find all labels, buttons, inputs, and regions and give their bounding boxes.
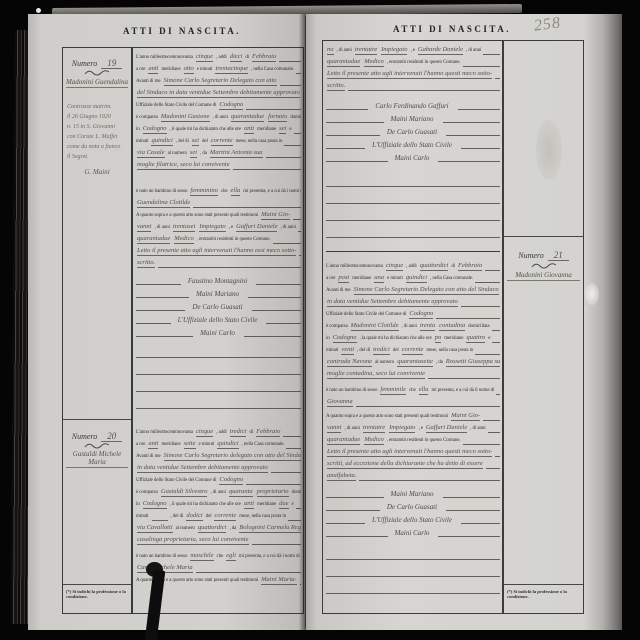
entry-19-name: Madonini Guendalina [66,78,129,88]
ruled-fill-line [443,489,501,498]
ruled-fill-line [326,114,384,123]
ruled-fill-line [246,101,301,110]
ruled-fill-line [461,140,500,149]
printed-text: a ore [136,66,145,73]
printed-text: in [326,335,330,342]
handwritten-text: fornaio [268,113,287,122]
printed-text: meridiane [161,441,180,448]
annotation-line: il Segret. [67,152,129,162]
ruled-fill-line [463,58,500,67]
ruled-fill-line [326,602,500,610]
ruled-fill-line [136,328,193,337]
right-act-body: no, di annitrentatreImpiegato, eGabarde … [323,41,502,610]
handwritten-text: anti [244,125,254,134]
handwritten-text: Codogno [143,500,167,509]
handwritten-text: quaranta [229,488,253,497]
ruled-fill-line [279,53,301,62]
ruled-fill-line [246,476,301,485]
form-line [136,375,301,392]
form-line: a orepostmeridianeunae minutiquindici, n… [326,271,500,283]
printed-text: e minuti [387,275,403,282]
handwritten-text: Guendalina Clotilde [137,199,190,208]
form-line: contrada Navoneal numeroquarantasette, d… [326,355,500,367]
printed-text: , e [229,224,233,231]
spacer [326,162,500,170]
right-footnote: (*) Si indichi la professione o la condi… [507,589,581,599]
ruled-fill-line [495,70,500,79]
handwritten-text: L'Uffiziale dello Stato Civile [366,516,458,524]
handwritten-text: in data ventidue Settembre debitamente a… [137,464,268,473]
printed-text: del [393,347,399,354]
signature-line: L'Uffiziale dello Stato Civile [326,511,500,524]
form-line: è nato un bambino di sessofemmininocheel… [136,184,301,196]
ruled-fill-line [136,302,185,311]
form-line [326,170,500,187]
printed-text: è nato un bambino di sesso [136,188,187,195]
ruled-fill-line [461,298,500,307]
form-line: scritto. [326,79,500,91]
signature-line: L'Uffiziale dello Stato Civile [136,311,301,324]
form-line: in data ventidue Settembre debitamente a… [136,461,301,473]
printed-text: L'anno milleottocentonovanta [326,263,383,270]
printed-text: di [245,54,249,61]
printed-text: , addì [216,429,227,436]
handwritten-text: quarantasette [397,358,433,367]
printed-text: meridiane [257,501,276,508]
handwritten-text: moglie filatrice, seco lui convivente [137,161,230,170]
handwritten-text: Letto il presente atto agli intervenuti … [327,70,492,79]
printed-text: , addì [406,263,417,270]
handwritten-text: quattordici [420,262,449,271]
left-page-title: ATTI DI NASCITA. [62,26,302,36]
handwritten-text: dodici [186,512,202,521]
handwritten-text: ella [231,187,241,196]
ruled-fill-line [326,528,388,537]
printed-text: mese, nella casa posta in [236,138,283,145]
ruled-fill-line [443,114,501,123]
handwritten-text: Codogno [409,310,433,319]
handwritten-text: Medico [174,235,194,244]
form-line [326,543,500,560]
printed-text: domiciliata [468,323,489,330]
handwritten-text: Medico [364,58,384,67]
ruled-fill-line [436,310,500,319]
form-line: in data ventidue Settembre debitamente a… [326,295,500,307]
printed-text: Uffiziale dello Stato Civile del Comune … [136,477,216,484]
handwritten-text: femminile [380,386,406,395]
printed-text: , il quale mi ha dichiarato che alle ore [170,126,241,133]
handwritten-text: contadina [439,322,465,331]
printed-text: e minuti [199,441,215,448]
handwritten-text: Bolognini Carmela Regina [239,524,301,533]
handwritten-text: casalinga proprietaria, seco lui convive… [137,536,249,545]
ruled-fill-line [446,127,500,136]
handwritten-text: scritti, ad eccezione della dichiarante … [327,460,483,469]
annotation-line: come da nota a fianco [67,142,129,152]
handwritten-text: Gastaldi Silvestro [161,488,208,497]
printed-text: mi presenta, e a cui dà i nomi di [243,188,301,195]
handwritten-text: Maini Maria- [261,576,297,585]
left-page: ATTI DI NASCITA. Numero 19 Madonini Guen… [28,14,306,630]
handwritten-text: quattro [466,334,485,343]
handwritten-text: scritto. [137,259,155,268]
handwritten-text: Maini Carlo [194,329,241,337]
printed-text: minuti [136,138,148,145]
handwritten-text: Maini Mariano [385,115,440,123]
handwritten-text: quindici [217,440,238,449]
handwritten-text: sette [184,440,196,449]
handwritten-text: contrada Navone [327,358,372,367]
printed-text: A quanto sopra e a questo atto sono stat… [326,413,448,420]
handwritten-text: anti [148,440,158,449]
handwritten-text: Letto il presente atto agli intervenuti … [327,448,492,457]
handwritten-text: post [338,274,349,283]
printed-text: meridiane [444,335,463,342]
signature-line: L'Uffiziale dello Stato Civile [326,136,500,149]
form-line: Letto il presente atto agli intervenuti … [326,445,500,457]
printed-text: a ore [326,275,335,282]
signature-line: Maini Mariano [326,485,500,498]
handwritten-text: tredici [373,346,390,355]
paper-speck [36,8,41,13]
ruled-fill-line [233,161,301,170]
printed-text: , di anni [344,425,359,432]
printed-text: in [136,501,140,508]
handwritten-text: Impiegato [381,46,407,55]
ruled-fill-line [136,349,301,358]
printed-text: , di anni [154,224,169,231]
ruled-fill-line [488,424,500,433]
handwritten-text: Simone Carlo Segretario Delegato con att… [354,286,499,295]
handwritten-text: femminino [190,187,217,196]
printed-text: e minuti [197,66,213,73]
form-line [326,560,500,577]
handwritten-text: corrente [214,512,236,521]
printed-text: che [409,387,416,394]
ruled-fill-line [136,366,301,375]
printed-text: , del dì [176,138,189,145]
handwritten-text: cinque [386,262,403,271]
ruled-fill-line [496,386,500,395]
handwritten-text: anti [148,65,158,74]
spacer [326,238,500,248]
entry-19-annotation-signature: G. Maini [63,168,131,176]
handwritten-text: una [374,274,384,283]
printed-text: meridiane [161,66,180,73]
signature-line: Maini Carlo [136,324,301,337]
printed-text: , e [410,47,414,54]
handwritten-text: De Carlo Guasati [186,303,248,311]
handwritten-text: trenta [420,322,435,331]
ruled-fill-line [136,383,301,392]
form-line: del Sindaco in data ventidue Settembre d… [136,86,301,98]
printed-text: minuti [136,513,148,520]
printed-text: Avanti di me [326,287,351,294]
printed-text: , di anni [213,114,228,121]
ruled-fill-line [266,149,301,158]
margin-rule [63,584,131,585]
form-line: Uffiziale dello Stato Civile del Comune … [326,307,500,319]
form-line [326,204,500,221]
form-line: A quanto sopra e a questo atto sono stat… [136,208,301,220]
form-line [326,594,500,610]
printed-text: , entrambi residenti in questo Comune. [387,59,461,66]
ruled-fill-line [256,276,301,285]
printed-text: di [451,263,455,270]
handwritten-text: scritto. [327,82,345,91]
form-line: quarantadueMedico, entrambi residenti in… [326,55,500,67]
margin-rule [504,584,583,585]
signature-line: De Carlo Guasati [326,498,500,511]
handwritten-text: Codogno [143,125,167,134]
handwritten-text: in data ventidue Settembre debitamente a… [327,298,458,307]
ruled-fill-line [356,398,500,407]
form-line: Letto il presente atto agli intervenuti … [136,244,301,256]
form-line: è comparsoGastaldi Silvestro, di anniqua… [136,485,301,497]
signature-line: Maini Mariano [326,110,500,123]
ruled-fill-line [486,460,500,469]
form-line: Avanti di meSimone Carlo Segretario Dele… [326,283,500,295]
printed-text: meridiane [257,126,276,133]
left-act-box: Numero 19 Madonini Guendalina Contrasse … [62,47,304,614]
printed-text: L'anno milleottocentonovanta [136,54,193,61]
handwritten-text: corrente [402,346,424,355]
handwritten-text: cinque [196,428,213,437]
left-margin-column: Numero 19 Madonini Guendalina Contrasse … [63,48,131,613]
printed-text: Avanti di me [136,453,161,460]
ruled-fill-line [438,528,500,537]
form-line: inCodogno, il quale mi ha dichiarato che… [136,122,301,134]
printed-text: meridiane [352,275,371,282]
handwritten-text: De Carlo Guasati [381,128,443,136]
form-line: via Cavallottial numeroquattordici, daBo… [136,521,301,533]
handwritten-text: via Cavallotti [137,524,173,533]
signature-line: Maini Mariano [136,285,301,298]
handwritten-text: cinque [196,53,213,62]
printed-text: al numero [176,525,195,532]
handwritten-text: L'Uffiziale dello Stato Civile [366,141,458,149]
ruled-fill-line [326,585,500,594]
printed-text: che [217,553,224,560]
ruled-fill-line [196,564,301,573]
form-line: è nato un bambino di sessofemminilecheel… [326,383,500,395]
printed-text: al numero [168,150,187,157]
printed-text: a ore [136,441,145,448]
printed-text: è nato un bambino di sesso [136,553,187,560]
handwritten-text: maschile [190,552,213,561]
handwritten-text: Febbraio [252,53,276,62]
ruled-fill-line [326,489,384,498]
ruled-fill-line [326,229,500,238]
spacer [136,409,301,425]
form-line [136,358,301,375]
handwritten-text: due [279,500,288,509]
signature-line: De Carlo Guasati [136,298,301,311]
form-line: minuti, del dìdodicidelcorrentemese, nel… [136,509,301,521]
printed-text: del [202,138,208,145]
ruled-fill-line [359,472,500,481]
ruled-fill-line [348,82,500,91]
handwritten-text: anti [244,500,254,509]
annotation-line: il 26 Giugno 1920 [67,112,129,122]
handwritten-text: Maini Mariano [385,490,440,498]
handwritten-text: Medico [364,436,384,445]
handwritten-text: corrente [211,137,233,146]
signature-line: Faustino Montagnini [136,272,301,285]
ruled-fill-line [483,412,500,421]
ruled-fill-line [280,77,301,86]
form-line: a oreantimeridianeottoe minutitrentacinq… [136,62,301,74]
ruled-fill-line [446,502,500,511]
form-line: minutiquindici, del dìseidelcorrentemese… [136,134,301,146]
handwritten-text: vanni [327,424,341,433]
left-act-body: L'anno milleottocentonovantacinque, addì… [133,48,303,610]
handwritten-text: Gabarde Daniele [418,46,463,55]
handwritten-text: no [327,46,334,55]
printed-text: , il quale mi ha dichiarato che alle ore [170,501,241,508]
ruled-fill-line [326,212,500,221]
annotation-line: Contrasse matrim. [67,102,129,112]
form-line: scritti, ad eccezione della dichiarante … [326,457,500,469]
form-line: L'anno milleottocentonovantacinque, addì… [326,259,500,271]
printed-text: Uffiziale dello Stato Civile del Comune … [326,311,406,318]
form-line: L'anno milleottocentonovantacinque, addì… [136,425,301,437]
form-line [326,187,500,204]
handwritten-text: moglie contadina, seco lui convivente [327,370,425,379]
form-line: Uffiziale dello Stato Civile del Comune … [136,98,301,110]
printed-text: è nato un bambino di sesso [326,387,377,394]
form-line [326,577,500,594]
printed-text: Uffiziale dello Stato Civile del Comune … [136,102,216,109]
handwritten-text: egli [226,552,236,561]
printed-text: , di anni [402,323,417,330]
printed-text: è comparso [136,114,158,121]
form-line: è comparsoMadonini Gastone, di anniquara… [136,110,301,122]
form-line: quarantadueMedico, entrambi residenti in… [326,433,500,445]
handwritten-text: quarantadue [231,113,264,122]
handwritten-text: quindici [151,137,172,146]
handwritten-text: quindici [406,274,427,283]
form-line: Letto il presente atto agli intervenuti … [326,67,500,79]
form-line: L'anno milleottocentonovantacinque, addì… [136,50,301,62]
signature-line: De Carlo Guasati [326,123,500,136]
spacer [136,170,301,184]
handwritten-text: quarantadue [327,436,360,445]
handwritten-text: vanni [137,223,151,232]
printed-text: di [249,429,253,436]
entry-19-annotation: Contrasse matrim.il 26 Giugno 1920n. 15 … [67,102,129,162]
section-divider [326,248,500,252]
margin-rule [504,236,583,237]
form-line: casalinga proprietaria, seco lui convive… [136,533,301,545]
handwritten-text: Gaffuri Daniele [426,424,467,433]
form-line: quarantadueMedico, entrambi residenti in… [136,232,301,244]
printed-text: , da [436,359,443,366]
left-footnote: (*) Si indichi la professione o la condi… [66,589,129,599]
printed-text: L'anno milleottocentonovanta [136,429,193,436]
printed-text: , nella Casa comunale. [430,275,473,282]
printed-text: mese, nella casa posta in [239,513,286,520]
handwritten-text: trentatre [363,424,385,433]
handwritten-text: Martini Antonia sua [210,149,263,158]
handwritten-text: quarantadue [137,235,170,244]
handwritten-text: Febbraio [256,428,280,437]
printed-text: minuti [326,347,338,354]
form-line: A quanto sopra e a questo atto sono stat… [326,409,500,421]
handwritten-text: Faustino Montagnini [182,277,253,285]
printed-text: , e [418,425,422,432]
handwritten-text: sei [190,149,197,158]
ruled-fill-line [136,289,189,298]
handwritten-text: del Sindaco in data ventidue Settembre d… [137,89,300,98]
handwritten-text: L'Uffiziale dello Stato Civile [172,316,264,324]
form-line: vanni, di annitrentaseiImpiegato, eGaffu… [136,220,301,232]
ruled-fill-line [495,448,500,457]
margin-rule [63,419,131,420]
form-line: inCodogno, il quale mi ha dichiarato che… [136,497,301,509]
ruled-fill-line [326,515,365,524]
signature-line: Carlo Ferdinando Gaffuri [326,97,500,110]
form-line: Avanti di meSimone Carlo Segretario Dele… [136,74,301,86]
printed-text: , del dì [357,347,370,354]
printed-text: A quanto sopra e a questo atto sono stat… [136,212,258,219]
ruled-fill-line [438,153,500,162]
scanned-register-spread: ATTI DI NASCITA. Numero 19 Madonini Guen… [0,0,640,640]
ruled-fill-line [458,101,500,110]
printed-text: mi presenta, e a cui dà i nomi di [239,553,300,560]
printed-text: , di anni [337,47,352,54]
ruled-fill-line [326,153,388,162]
printed-text: è comparso [136,489,158,496]
form-line: no, di annitrentatreImpiegato, eGabarde … [326,43,500,55]
handwritten-text: via Casale [137,149,165,158]
handwritten-text: sei [279,125,286,134]
handwritten-text: ella [419,386,429,395]
ruled-fill-line [193,199,301,208]
annotation-line: n. 15 in S. Giovanni [67,122,129,132]
handwritten-text: De Carlo Guasati [381,503,443,511]
ruled-fill-line [483,46,500,55]
printed-text: , addì [216,54,227,61]
form-line: moglie filatrice, seco lui convivente [136,158,301,170]
printed-text: , da [200,150,207,157]
handwritten-text: Madonini Clotilde [351,322,399,331]
printed-text: , di anni [470,425,485,432]
printed-text: , di anni [280,224,295,231]
ruled-fill-line [326,551,500,560]
handwritten-text: venti [341,346,354,355]
handwritten-page-number: 258 [533,14,562,35]
ruled-fill-line [136,315,171,324]
form-line: moglie contadina, seco lui convivente [326,367,500,379]
ruled-fill-line [428,370,500,379]
handwritten-text: proprietario [257,488,289,497]
ruled-fill-line [492,322,500,331]
ruled-fill-line [326,140,365,149]
form-line: Giovanna [326,395,500,407]
ruled-fill-line [485,262,500,271]
handwritten-text: otto [184,65,194,74]
handwritten-text: Maini Gio- [261,211,290,220]
handwritten-text: trentacinque [215,65,248,74]
ruled-fill-line [461,515,500,524]
printed-text: e [292,501,294,508]
signature-line: Maini Carlo [326,524,500,537]
ruled-fill-line [244,328,301,337]
printed-text: e [289,126,291,133]
printed-text: e [488,335,490,342]
handwritten-text: Impiegato [199,223,225,232]
